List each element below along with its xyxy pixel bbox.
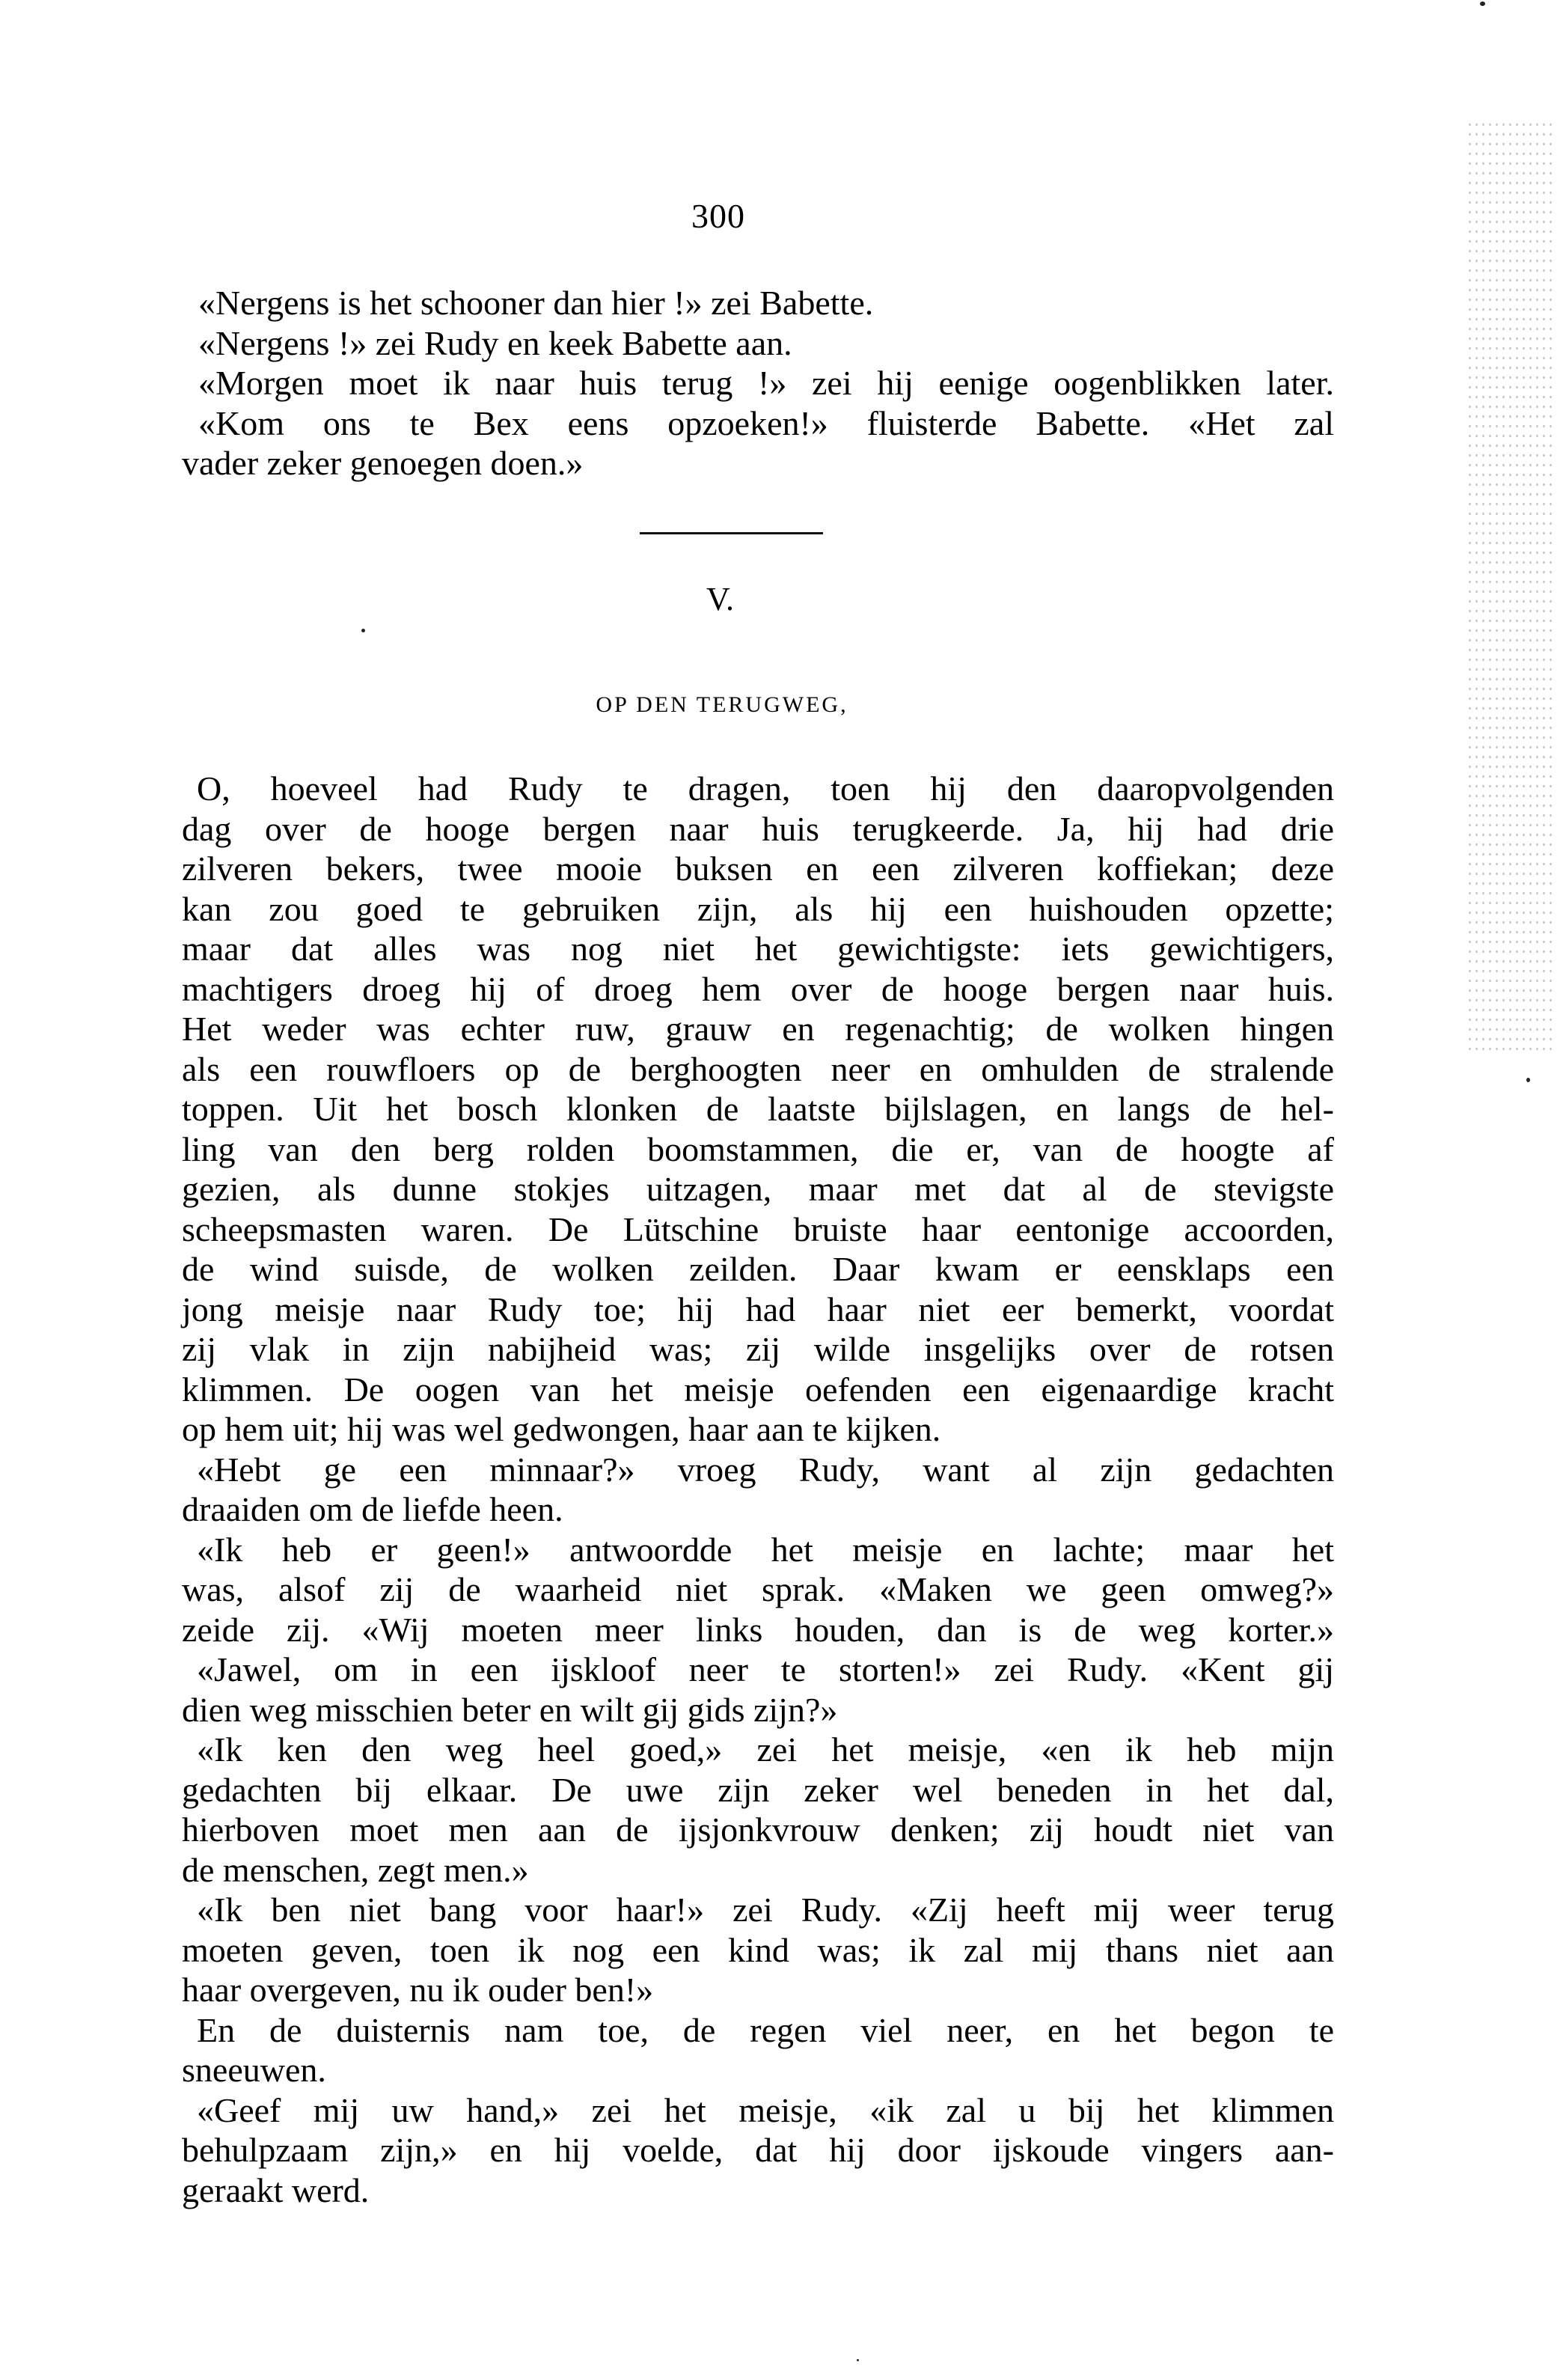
scan-speck	[857, 2359, 859, 2361]
chapter-number: V.	[0, 580, 1440, 618]
text-line: dag over de hooge bergen naar huis terug…	[182, 809, 1334, 849]
text-line: «Morgen moet ik naar huis terug !» zei h…	[182, 363, 1334, 403]
text-line: haar overgeven, nu ik ouder ben!»	[182, 1970, 1334, 2010]
text-line: klimmen. De oogen van het meisje oefende…	[182, 1370, 1334, 1410]
text-line: jong meisje naar Rudy toe; hij had haar …	[182, 1290, 1334, 1330]
text-line: ling van den berg rolden boomstammen, di…	[182, 1129, 1334, 1170]
text-line: «Hebt ge een minnaar?» vroeg Rudy, want …	[182, 1450, 1334, 1490]
text-line: toppen. Uit het bosch klonken de laatste…	[182, 1089, 1334, 1129]
text-line: de wind suisde, de wolken zeilden. Daar …	[182, 1249, 1334, 1290]
scan-speck	[361, 629, 365, 632]
text-line: kan zou goed te gebruiken zijn, als hij …	[182, 889, 1334, 930]
text-line: draaiden om de liefde heen.	[182, 1489, 1334, 1530]
text-line: gedachten bij elkaar. De uwe zijn zeker …	[182, 1770, 1334, 1810]
text-line: «Nergens is het schooner dan hier !» zei…	[182, 283, 1334, 323]
text-line: machtigers droeg hij of droeg hem over d…	[182, 969, 1334, 1010]
text-line: behulpzaam zijn,» en hij voelde, dat hij…	[182, 2130, 1334, 2170]
scan-noise-margin	[1466, 120, 1556, 1055]
scan-speck	[1480, 1, 1485, 6]
page-number: 300	[0, 196, 1437, 236]
text-line: «Ik ben niet bang voor haar!» zei Rudy. …	[182, 1890, 1334, 1930]
text-line: «Ik ken den weg heel goed,» zei het meis…	[182, 1730, 1334, 1770]
text-line: als een rouwfloers op de berghoogten nee…	[182, 1049, 1334, 1090]
text-line: hierboven moet men aan de ijsjonkvrouw d…	[182, 1810, 1334, 1850]
text-line: «Jawel, om in een ijskloof neer te stort…	[182, 1650, 1334, 1690]
text-line: vader zeker genoegen doen.»	[182, 443, 1334, 483]
text-line: gezien, als dunne stokjes uitzagen, maar…	[182, 1169, 1334, 1209]
intro-text: «Nergens is het schooner dan hier !» zei…	[182, 283, 1334, 483]
text-line: Het weder was echter ruw, grauw en regen…	[182, 1009, 1334, 1049]
text-line: O, hoeveel had Rudy te dragen, toen hij …	[182, 769, 1334, 809]
text-line: maar dat alles was nog niet het gewichti…	[182, 929, 1334, 969]
text-line: dien weg misschien beter en wilt gij gid…	[182, 1690, 1334, 1730]
scan-speck	[1526, 1078, 1530, 1082]
text-line: «Kom ons te Bex eens opzoeken!» fluister…	[182, 403, 1334, 444]
text-line: geraakt werd.	[182, 2170, 1334, 2211]
text-line: op hem uit; hij was wel gedwongen, haar …	[182, 1409, 1334, 1450]
text-line: zilveren bekers, twee mooie buksen en ee…	[182, 849, 1334, 889]
text-line: zij vlak in zijn nabijheid was; zij wild…	[182, 1329, 1334, 1370]
text-line: scheepsmasten waren. De Lütschine bruist…	[182, 1209, 1334, 1250]
section-divider	[640, 532, 823, 534]
text-line: was, alsof zij de waarheid niet sprak. «…	[182, 1569, 1334, 1610]
text-line: «Geef mij uw hand,» zei het meisje, «ik …	[182, 2090, 1334, 2131]
text-line: zeide zij. «Wij moeten meer links houden…	[182, 1610, 1334, 1650]
text-line: «Nergens !» zei Rudy en keek Babette aan…	[182, 323, 1334, 364]
chapter-title: OP DEN TERUGWEG,	[0, 692, 1444, 718]
text-line: En de duisternis nam toe, de regen viel …	[182, 2010, 1334, 2051]
text-line: «Ik heb er geen!» antwoordde het meisje …	[182, 1530, 1334, 1570]
text-line: de menschen, zegt men.»	[182, 1850, 1334, 1891]
chapter-body: O, hoeveel had Rudy te dragen, toen hij …	[182, 769, 1334, 2210]
text-line: sneeuwen.	[182, 2050, 1334, 2090]
text-line: moeten geven, toen ik nog een kind was; …	[182, 1930, 1334, 1971]
